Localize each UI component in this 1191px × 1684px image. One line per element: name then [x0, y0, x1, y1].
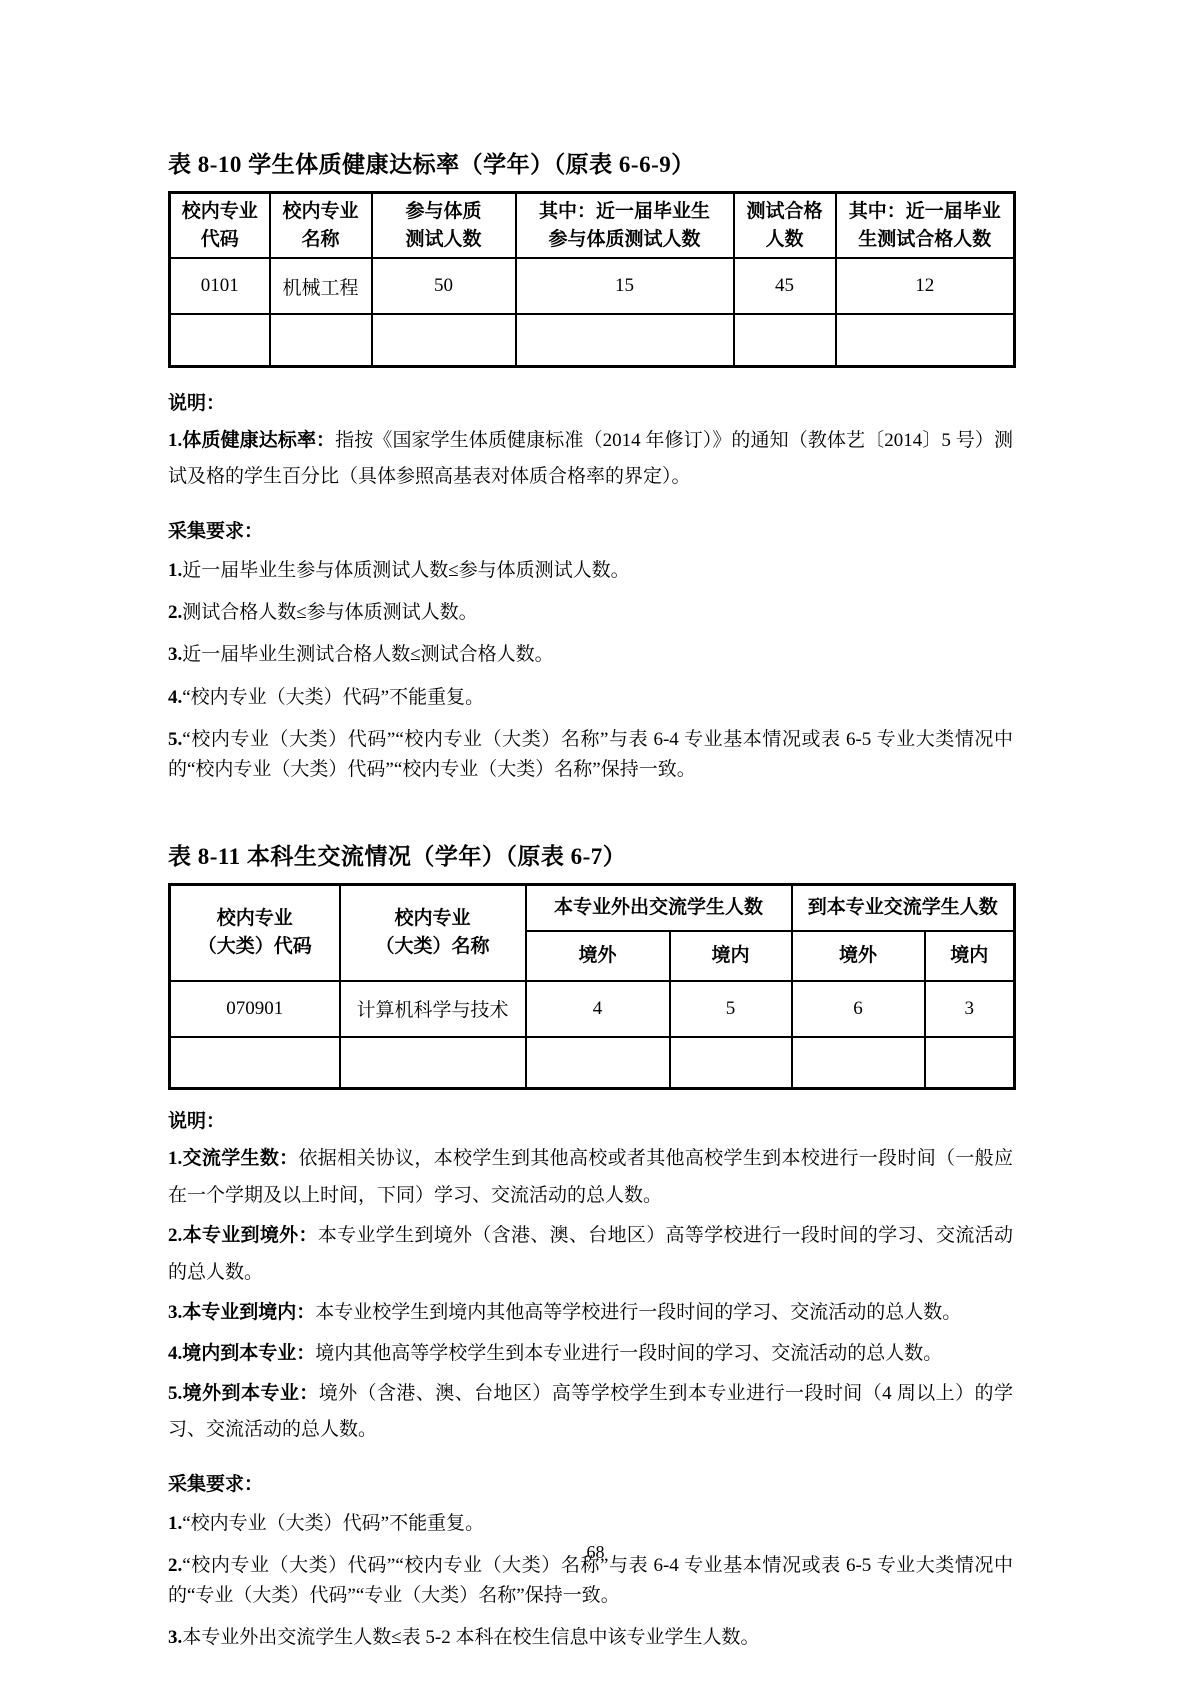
table2-note-1: 1.交流学生数：依据相关协议，本校学生到其他高校或者其他高校学生到本校进行一段时… — [168, 1141, 1013, 1214]
req-text: “校内专业（大类）代码”“校内专业（大类）名称”与表 6-4 专业基本情况或表 … — [168, 729, 1013, 779]
cell-major-code: 070901 — [170, 981, 340, 1037]
cell-empty — [925, 1037, 1015, 1089]
table-8-11-title: 表 8-11 本科生交流情况（学年）（原表 6-7） — [168, 838, 1013, 871]
page-number: 68 — [0, 1542, 1191, 1563]
cell-tested-count: 50 — [372, 258, 516, 314]
cell-graduate-tested-count: 15 — [516, 258, 734, 314]
table1-note-1-term: 1.体质健康达标率： — [168, 430, 335, 451]
header-major-name: 校内专业 名称 — [270, 193, 372, 259]
header-graduate-passed-count: 其中：近一届毕业 生测试合格人数 — [836, 193, 1015, 259]
header-major-code: 校内专业 （大类）代码 — [170, 885, 340, 981]
cell-graduate-passed-count: 12 — [836, 258, 1015, 314]
req-num: 4. — [168, 687, 182, 708]
table2-requirement-3: 3.本专业外出交流学生人数≤表 5-2 本科在校生信息中该专业学生人数。 — [168, 1623, 1013, 1652]
req-text: 本专业外出交流学生人数≤表 5-2 本科在校生信息中该专业学生人数。 — [182, 1627, 759, 1648]
cell-major-code: 0101 — [170, 258, 270, 314]
req-text: 测试合格人数≤参与体质测试人数。 — [182, 602, 477, 623]
header-tested-count: 参与体质 测试人数 — [372, 193, 516, 259]
exchange-table-empty-row — [170, 1037, 1015, 1089]
note-term: 4.境内到本专业： — [168, 1343, 315, 1364]
header-incoming-abroad: 境外 — [792, 931, 925, 981]
req-num: 3. — [168, 1627, 182, 1648]
table2-note-4: 4.境内到本专业：境内其他高等学校学生到本专业进行一段时间的学习、交流活动的总人… — [168, 1336, 1013, 1372]
cell-empty — [526, 1037, 670, 1089]
table2-requirement-1: 1.“校内专业（大类）代码”不能重复。 — [168, 1509, 1013, 1538]
table1-requirement-2: 2.测试合格人数≤参与体质测试人数。 — [168, 598, 1013, 627]
note-term: 3.本专业到境内： — [168, 1302, 315, 1323]
req-num: 5. — [168, 729, 182, 750]
exchange-table-data-row: 070901 计算机科学与技术 4 5 6 3 — [170, 981, 1015, 1037]
header-graduate-tested-count: 其中：近一届毕业生 参与体质测试人数 — [516, 193, 734, 259]
req-num: 2. — [168, 602, 182, 623]
cell-empty — [170, 314, 270, 366]
table1-note-1: 1.体质健康达标率：指按《国家学生体质健康标准（2014 年修订）》的通知（教体… — [168, 423, 1013, 496]
req-text: “校内专业（大类）代码”不能重复。 — [182, 687, 484, 708]
exchange-table-group-header-row: 校内专业 （大类）代码 校内专业 （大类）名称 本专业外出交流学生人数 到本专业… — [170, 885, 1015, 931]
cell-empty — [792, 1037, 925, 1089]
cell-empty — [670, 1037, 792, 1089]
req-text: 近一届毕业生参与体质测试人数≤参与体质测试人数。 — [182, 560, 629, 581]
note-term: 5.境外到本专业： — [168, 1383, 319, 1404]
table2-note-2: 2.本专业到境外：本专业学生到境外（含港、澳、台地区）高等学校进行一段时间的学习… — [168, 1218, 1013, 1291]
table1-notes-label: 说明： — [168, 388, 1013, 415]
req-num: 1. — [168, 560, 182, 581]
req-num: 3. — [168, 644, 182, 665]
cell-empty — [340, 1037, 526, 1089]
table2-note-5: 5.境外到本专业：境外（含港、澳、台地区）高等学校学生到本专业进行一段时间（4 … — [168, 1376, 1013, 1449]
table2-note-3: 3.本专业到境内：本专业校学生到境内其他高等学校进行一段时间的学习、交流活动的总… — [168, 1295, 1013, 1331]
req-text: 近一届毕业生测试合格人数≤测试合格人数。 — [182, 644, 553, 665]
cell-incoming-abroad: 6 — [792, 981, 925, 1037]
cell-incoming-domestic: 3 — [925, 981, 1015, 1037]
fitness-standard-table: 校内专业 代码 校内专业 名称 参与体质 测试人数 其中：近一届毕业生 参与体质… — [168, 191, 1016, 368]
note-term: 1.交流学生数： — [168, 1148, 298, 1169]
table1-requirement-1: 1.近一届毕业生参与体质测试人数≤参与体质测试人数。 — [168, 556, 1013, 585]
table1-requirements-label: 采集要求： — [168, 516, 1013, 543]
cell-empty — [270, 314, 372, 366]
cell-empty — [836, 314, 1015, 366]
table1-requirement-5: 5.“校内专业（大类）代码”“校内专业（大类）名称”与表 6-4 专业基本情况或… — [168, 725, 1013, 784]
fitness-table-empty-row — [170, 314, 1015, 366]
document-page: 表 8-10 学生体质健康达标率（学年）（原表 6-6-9） 校内专业 代码 校… — [0, 0, 1191, 1684]
note-term: 2.本专业到境外： — [168, 1225, 318, 1246]
header-outgoing-domestic: 境内 — [670, 931, 792, 981]
fitness-table-data-row: 0101 机械工程 50 15 45 12 — [170, 258, 1015, 314]
note-text: 本专业校学生到境内其他高等学校进行一段时间的学习、交流活动的总人数。 — [315, 1302, 961, 1323]
table-8-10-title: 表 8-10 学生体质健康达标率（学年）（原表 6-6-9） — [168, 146, 1013, 179]
header-incoming-domestic: 境内 — [925, 931, 1015, 981]
table2-requirements-label: 采集要求： — [168, 1469, 1013, 1496]
cell-empty — [372, 314, 516, 366]
header-passed-count: 测试合格 人数 — [734, 193, 836, 259]
header-outgoing-group: 本专业外出交流学生人数 — [526, 885, 792, 931]
req-num: 1. — [168, 1513, 182, 1534]
cell-passed-count: 45 — [734, 258, 836, 314]
req-text: “校内专业（大类）代码”不能重复。 — [182, 1513, 484, 1534]
cell-outgoing-domestic: 5 — [670, 981, 792, 1037]
cell-empty — [170, 1037, 340, 1089]
header-major-code: 校内专业 代码 — [170, 193, 270, 259]
header-major-name: 校内专业 （大类）名称 — [340, 885, 526, 981]
header-outgoing-abroad: 境外 — [526, 931, 670, 981]
cell-outgoing-abroad: 4 — [526, 981, 670, 1037]
cell-empty — [734, 314, 836, 366]
note-text: 境内其他高等学校学生到本专业进行一段时间的学习、交流活动的总人数。 — [315, 1343, 942, 1364]
student-exchange-table: 校内专业 （大类）代码 校内专业 （大类）名称 本专业外出交流学生人数 到本专业… — [168, 883, 1016, 1090]
table1-requirement-4: 4.“校内专业（大类）代码”不能重复。 — [168, 683, 1013, 712]
cell-major-name: 计算机科学与技术 — [340, 981, 526, 1037]
header-incoming-group: 到本专业交流学生人数 — [792, 885, 1015, 931]
cell-empty — [516, 314, 734, 366]
page-content: 表 8-10 学生体质健康达标率（学年）（原表 6-6-9） 校内专业 代码 校… — [168, 146, 1013, 1666]
table1-requirement-3: 3.近一届毕业生测试合格人数≤测试合格人数。 — [168, 640, 1013, 669]
table2-notes-label: 说明： — [168, 1106, 1013, 1133]
cell-major-name: 机械工程 — [270, 258, 372, 314]
fitness-table-header-row: 校内专业 代码 校内专业 名称 参与体质 测试人数 其中：近一届毕业生 参与体质… — [170, 193, 1015, 259]
